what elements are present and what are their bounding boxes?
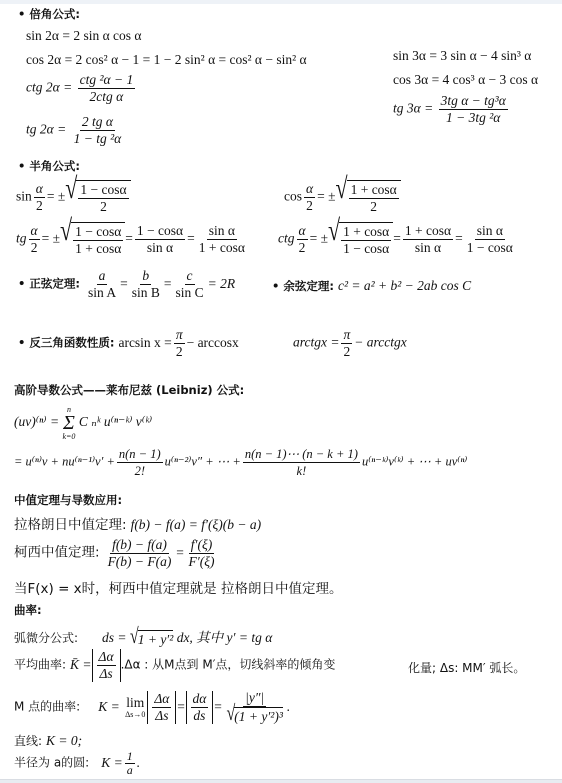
numerator: 1 + cosα [403,223,453,240]
sine-law-rhs: = 2R [208,276,235,291]
avg-desc: .Δα : 从M点到 M′点，切线斜率的倾角变 [121,658,336,672]
arc-label: 弧微分公式: [14,631,78,645]
eq-pm: = ± [47,189,65,204]
top-band [0,0,562,4]
lagrange-theorem: 拉格朗日中值定理: f(b) − f(a) = f′(ξ)(b − a) [14,513,261,534]
denominator: 2 [174,344,185,360]
tg2a-lhs: tg 2α = [26,122,66,137]
formula-ctg-half: ctgα2= ±√1 + cosα1 − cosα=1 + cosαsin α=… [278,222,517,257]
f2-lhs: arctgx = [293,335,339,350]
bottom-band [0,779,562,783]
denominator: ds [191,708,207,724]
heading-inverse-trig: • 反三角函数性质: [18,336,114,350]
tg3a-fraction: 3tg α − tg³α 1 − 3tg ²α [439,93,508,126]
ctg2a-numerator: ctg ²α − 1 [78,72,136,89]
denominator: 2 [98,199,109,215]
denominator: 2 [297,240,308,256]
tg-label: tg [16,231,27,246]
arc-sqrt: 1 + y′² [138,630,174,648]
mean-value-note: 当F(x) = x时，柯西中值定理就是 拉格朗日中值定理。 [14,577,342,597]
circle-K: K = [101,755,123,770]
numerator: n(n − 1) [117,446,163,463]
denominator: 2 [34,198,45,214]
arc-differential: 弧微分公式: ds = √1 + y′² dx, 其中 y′ = tg α [14,626,272,648]
numerator: 1 + cosα [341,224,391,241]
heading-curvature: 曲率: [14,602,42,618]
denominator: 2 [304,198,315,214]
numerator: f(b) − f(a) [110,537,169,554]
summation: nΣk=0 [62,405,75,441]
heading-sine-law: • 正弦定理: [18,277,80,291]
eq: = [393,231,401,246]
denominator: 1 − cosα [341,241,391,257]
leibniz-lhs: (uv)⁽ⁿ⁾ = [14,414,59,429]
tg2a-numerator: 2 tg α [80,114,115,131]
denominator: 1 + cosα [73,241,123,257]
eq: = [455,231,463,246]
cauchy-label: 柯西中值定理: [14,545,100,561]
ctg2a-lhs: ctg 2α = [26,80,72,95]
eq-pm: = ± [310,231,328,246]
f1-lhs: arcsin x = [118,335,171,350]
numerator: π [341,327,352,344]
eq: = [125,231,133,246]
numerator: sin α [207,223,237,240]
tg3a-lhs: tg 3α = [393,101,433,116]
leibniz-line1: (uv)⁽ⁿ⁾ = nΣk=0 C ₙᵏ u⁽ⁿ⁻ᵏ⁾ v⁽ᵏ⁾ [14,405,152,441]
numerator: n(n − 1)⋯ (n − k + 1) [243,446,360,463]
denominator: 2 [341,344,352,360]
eq-pm: = ± [42,231,60,246]
tg3a-numerator: 3tg α − tg³α [439,93,508,110]
fraction: 1 − cosαsin α [135,223,185,256]
numerator: α [304,181,315,198]
arc-formula-b: dx, 其中 y′ = tg α [177,630,273,645]
sine-law: • 正弦定理: asin A=bsin B=csin C= 2R [18,268,235,301]
ctg-label: ctg [278,231,295,246]
denominator: sin B [130,285,162,301]
line-label: 直线: [14,734,42,748]
sum-bottom: k=0 [62,432,75,441]
heading-double-angle: • 倍角公式: [18,6,80,22]
denominator: F′(ξ) [187,554,217,570]
tg3a-denominator: 1 − 3tg ²α [444,110,502,126]
leibniz-part-a: = u⁽ⁿ⁾v + nu⁽ⁿ⁻¹⁾v′ + [14,454,115,468]
cosine-law: • 余弦定理: c² = a² + b² − 2ab cos C [272,277,471,295]
point-curvature: M 点的曲率: K = limΔs→0ΔαΔs=dαds=|y″|√(1 + y… [14,690,290,725]
denominator: sin A [86,285,118,301]
avg-K: K̄ = [70,657,92,672]
numerator: Δα [97,649,116,666]
numerator: f′(ξ) [189,537,214,554]
denominator: (1 + y′²)³ [234,707,283,725]
avg-desc-2: 化量; Δs: MM′ 弧长。 [408,659,525,676]
circle-label: 半径为 a的圆: [14,756,89,770]
inverse-trig: • 反三角函数性质: arcsin x =π2− arccosx [18,327,239,360]
sqrt: √1 + cosα2 [336,180,401,215]
formula-ctg2a: ctg 2α = ctg ²α − 1 2ctg α [26,72,137,105]
numerator: |y″| [243,690,266,707]
cos-label: cos [284,189,302,204]
numerator: 1 + cosα [349,182,399,199]
leibniz-rhs: C ₙᵏ u⁽ⁿ⁻ᵏ⁾ v⁽ᵏ⁾ [79,414,152,429]
fraction: sin α1 − cosα [465,223,515,256]
formula-tg2a: tg 2α = 2 tg α 1 − tg ²α [26,114,125,147]
lim: lim [126,696,144,710]
avg-label: 平均曲率: [14,658,66,672]
lagrange-formula: f(b) − f(a) = f′(ξ)(b − a) [131,517,262,532]
fraction: sin α1 + cosα [197,223,247,256]
alpha-over-2: α2 [304,181,315,214]
numerator: α [29,223,40,240]
heading-mean-value: 中值定理与导数应用: [14,492,122,508]
lagrange-label: 拉格朗日中值定理: [14,517,127,533]
formula-sin3a: sin 3α = 3 sin α − 4 sin³ α [393,48,531,64]
formula-cos-half: cosα2= ±√1 + cosα2 [284,180,401,215]
eq: = [187,231,195,246]
tg2a-denominator: 1 − tg ²α [72,131,124,147]
denominator: sin α [145,240,175,256]
sin-label: sin [16,189,32,204]
numerator: b [140,268,151,285]
numerator: c [185,268,195,285]
m-label: M 点的曲率: [14,700,80,714]
alpha-over-2: α2 [297,223,308,256]
ctg2a-denominator: 2ctg α [88,89,126,105]
numerator: 1 [125,750,135,764]
denominator: F(b) − F(a) [106,554,174,570]
denominator: 2! [133,463,147,479]
denominator: a [125,764,135,777]
arc-formula-a: ds = [102,630,127,645]
denominator: Δs [97,666,114,682]
heading-leibniz: 高阶导数公式——莱布尼兹 (Leibniz) 公式: [14,382,244,398]
denominator: sin C [173,285,205,301]
denominator: 2 [368,199,379,215]
numerator: 1 − cosα [78,182,128,199]
numerator: 1 − cosα [73,224,123,241]
formula-cos2a: cos 2α = 2 cos² α − 1 = 1 − 2 sin² α = c… [26,52,307,68]
leibniz-part-b: u⁽ⁿ⁻²⁾v″ + ⋯ + [165,454,241,468]
numerator: α [297,223,308,240]
numerator: Δα [152,691,171,708]
denominator: k! [295,463,309,479]
denominator: Δs [153,708,170,724]
sqrt: √1 − cosα2 [65,180,130,215]
denominator: sin α [413,240,443,256]
line-formula: K = 0; [46,733,82,748]
sqrt: √1 − cosα1 + cosα [60,222,125,257]
cauchy-theorem: 柯西中值定理: f(b) − f(a)F(b) − F(a)=f′(ξ)F′(ξ… [14,537,219,570]
formula-tg3a: tg 3α = 3tg α − tg³α 1 − 3tg ²α [393,93,510,126]
alpha-over-2: α2 [34,181,45,214]
formula-sin-half: sinα2= ±√1 − cosα2 [16,180,131,215]
fraction: 1 + cosαsin α [403,223,453,256]
circle-curvature: 半径为 a的圆: K =1a. [14,750,140,777]
numerator: 1 − cosα [135,223,185,240]
formula-tg-half: tgα2= ±√1 − cosα1 + cosα=1 − cosαsin α=s… [16,222,249,257]
heading-cosine-law: • 余弦定理: [272,279,334,293]
numerator: π [174,327,185,344]
line-curvature: 直线: K = 0; [14,732,82,750]
inverse-trig-2: arctgx =π2− arcctgx [293,327,407,360]
denominator: 1 − cosα [465,240,515,256]
denominator: 1 + cosα [197,240,247,256]
numerator: sin α [475,223,505,240]
ctg2a-fraction: ctg ²α − 1 2ctg α [78,72,136,105]
numerator: dα [191,691,209,708]
sqrt: √1 + cosα1 − cosα [328,222,393,257]
formula-cos3a: cos 3α = 4 cos³ α − 3 cos α [393,72,538,88]
lim-sub: Δs→0 [125,710,145,719]
eq-pm: = ± [317,189,335,204]
formula-sin2a: sin 2α = 2 sin α cos α [26,28,141,44]
leibniz-line2: = u⁽ⁿ⁾v + nu⁽ⁿ⁻¹⁾v′ +n(n − 1)2!u⁽ⁿ⁻²⁾v″ … [14,446,467,479]
numerator: α [34,181,45,198]
numerator: a [97,268,108,285]
m-K: K = [98,699,120,714]
alpha-over-2: α2 [29,223,40,256]
f1-rhs: − arccosx [187,335,239,350]
average-curvature: 平均曲率: K̄ =ΔαΔs.Δα : 从M点到 M′点，切线斜率的倾角变 [14,649,335,682]
denominator: 2 [29,240,40,256]
tg2a-fraction: 2 tg α 1 − tg ²α [72,114,124,147]
f2-rhs: − arcctgx [354,335,406,350]
leibniz-part-c: u⁽ⁿ⁻ᵏ⁾v⁽ᵏ⁾ + ⋯ + uv⁽ⁿ⁾ [362,454,467,468]
cosine-law-formula: c² = a² + b² − 2ab cos C [338,278,471,293]
